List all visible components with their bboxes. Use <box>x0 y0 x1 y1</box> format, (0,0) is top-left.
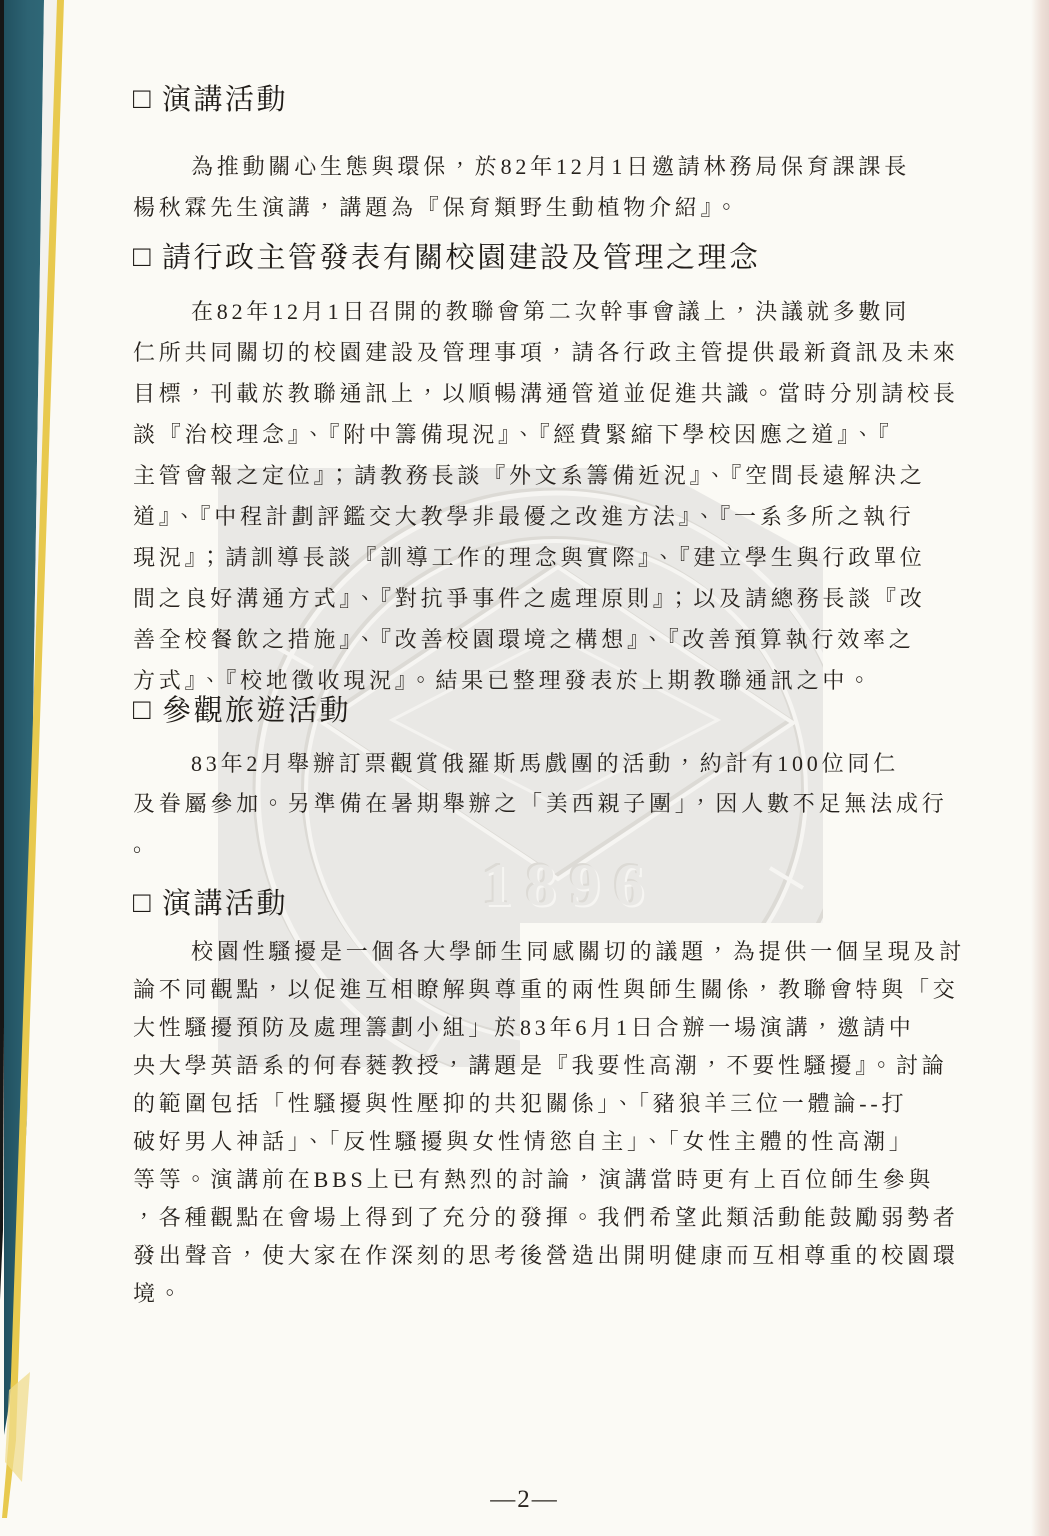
section: □演講活動為推動關心生態與環保，於82年12月1日邀請林務局保育課課長楊秋霖先生… <box>133 80 1019 228</box>
text-line: 道』、『中程計劃評鑑交大教學非最優之改進方法』、『一系多所之執行 <box>133 496 1019 537</box>
text-line: ，各種觀點在會場上得到了充分的發揮。我們希望此類活動能鼓勵弱勢者 <box>133 1199 1019 1237</box>
section-heading: □演講活動 <box>133 884 1019 924</box>
text-line: 目標，刊載於教聯通訊上，以順暢溝通管道並促進共識。當時分別請校長 <box>133 373 1019 414</box>
text-line: 的範圍包括「性騷擾與性壓抑的共犯關係」、「豬狼羊三位一體論--打 <box>133 1085 1019 1123</box>
section-paragraph: 校園性騷擾是一個各大學師生同感關切的議題，為提供一個呈現及討論不同觀點，以促進互… <box>133 933 1019 1313</box>
text-line: 在82年12月1日召開的教聯會第二次幹事會議上，決議就多數同 <box>133 291 1019 332</box>
section-heading: □參觀旅遊活動 <box>133 691 1019 731</box>
text-line: 及眷屬參加。另準備在暑期舉辦之「美西親子團」，因人數不足無法成行 <box>133 784 1019 824</box>
section-heading: □請行政主管發表有關校園建設及管理之理念 <box>133 238 1019 278</box>
spine-yellow-foot-wedge <box>0 0 80 1536</box>
section-title: 演講活動 <box>162 84 288 116</box>
section-bullet-square-icon: □ <box>133 237 153 277</box>
text-line: 破好男人神話」、「反性騷擾與女性情慾自主」、「女性主體的性高潮」 <box>133 1123 1019 1161</box>
spine-teal-cover-strip <box>0 0 80 1536</box>
text-line: 83年2月舉辦訂票觀賞俄羅斯馬戲團的活動，約計有100位同仁 <box>133 744 1019 784</box>
section: □請行政主管發表有關校園建設及管理之理念在82年12月1日召開的教聯會第二次幹事… <box>133 238 1019 701</box>
section-title: 參觀旅遊活動 <box>162 695 351 727</box>
section: □參觀旅遊活動83年2月舉辦訂票觀賞俄羅斯馬戲團的活動，約計有100位同仁及眷屬… <box>133 691 1019 864</box>
section-title: 演講活動 <box>162 888 288 920</box>
text-line: 現況』；請訓導長談『訓導工作的理念與實際』、『建立學生與行政單位 <box>133 537 1019 578</box>
text-line: 間之良好溝通方式』、『對抗爭事件之處理原則』；以及請總務長談『改 <box>133 578 1019 619</box>
text-line: 央大學英語系的何春蕤教授，講題是『我要性高潮，不要性騷擾』。討論 <box>133 1047 1019 1085</box>
text-line: 校園性騷擾是一個各大學師生同感關切的議題，為提供一個呈現及討 <box>133 933 1019 971</box>
booklet-spine <box>0 0 80 1536</box>
text-line: 為推動關心生態與環保，於82年12月1日邀請林務局保育課課長 <box>133 146 1019 187</box>
scan-edge-shadow <box>1031 0 1049 1536</box>
text-line: 仁所共同關切的校園建設及管理事項，請各行政主管提供最新資訊及未來 <box>133 332 1019 373</box>
spine-yellow-endpaper-strip <box>0 0 80 1536</box>
section-heading: □演講活動 <box>133 80 1019 120</box>
section-bullet-square-icon: □ <box>133 79 153 119</box>
section: □演講活動校園性騷擾是一個各大學師生同感關切的議題，為提供一個呈現及討論不同觀點… <box>133 884 1019 1313</box>
spine-paper-gap <box>0 0 80 1536</box>
text-line: 論不同觀點，以促進互相瞭解與尊重的兩性與師生關係，教聯會特與「交 <box>133 971 1019 1009</box>
text-line: 主管會報之定位』；請教務長談『外文系籌備近況』、『空間長遠解決之 <box>133 455 1019 496</box>
text-line: 發出聲音，使大家在作深刻的思考後營造出開明健康而互相尊重的校園環 <box>133 1237 1019 1275</box>
section-title: 請行政主管發表有關校園建設及管理之理念 <box>162 242 761 274</box>
section-paragraph: 為推動關心生態與環保，於82年12月1日邀請林務局保育課課長楊秋霖先生演講，講題… <box>133 146 1019 228</box>
spine-shadow-strip <box>0 0 80 1536</box>
section-bullet-square-icon: □ <box>133 690 153 730</box>
text-line: 楊秋霖先生演講，講題為『保育類野生動植物介紹』。 <box>133 187 1019 228</box>
section-bullet-square-icon: □ <box>133 883 153 923</box>
text-line: 。 <box>133 824 1019 864</box>
scanned-document-page: 1896 1896 1896 □演講活動為推動關心生態與環保，於82年12月1日… <box>0 0 1049 1536</box>
section-paragraph: 83年2月舉辦訂票觀賞俄羅斯馬戲團的活動，約計有100位同仁及眷屬參加。另準備在… <box>133 744 1019 864</box>
text-line: 談『治校理念』、『附中籌備現況』、『經費緊縮下學校因應之道』、『 <box>133 414 1019 455</box>
section-paragraph: 在82年12月1日召開的教聯會第二次幹事會議上，決議就多數同仁所共同關切的校園建… <box>133 291 1019 701</box>
text-line: 等等。演講前在BBS上已有熱烈的討論，演講當時更有上百位師生參與 <box>133 1161 1019 1199</box>
page-number: —2— <box>0 1486 1049 1514</box>
text-line: 善全校餐飲之措施』、『改善校園環境之構想』、『改善預算執行效率之 <box>133 619 1019 660</box>
text-line: 境。 <box>133 1275 1019 1313</box>
text-line: 大性騷擾預防及處理籌劃小組」於83年6月1日合辦一場演講，邀請中 <box>133 1009 1019 1047</box>
